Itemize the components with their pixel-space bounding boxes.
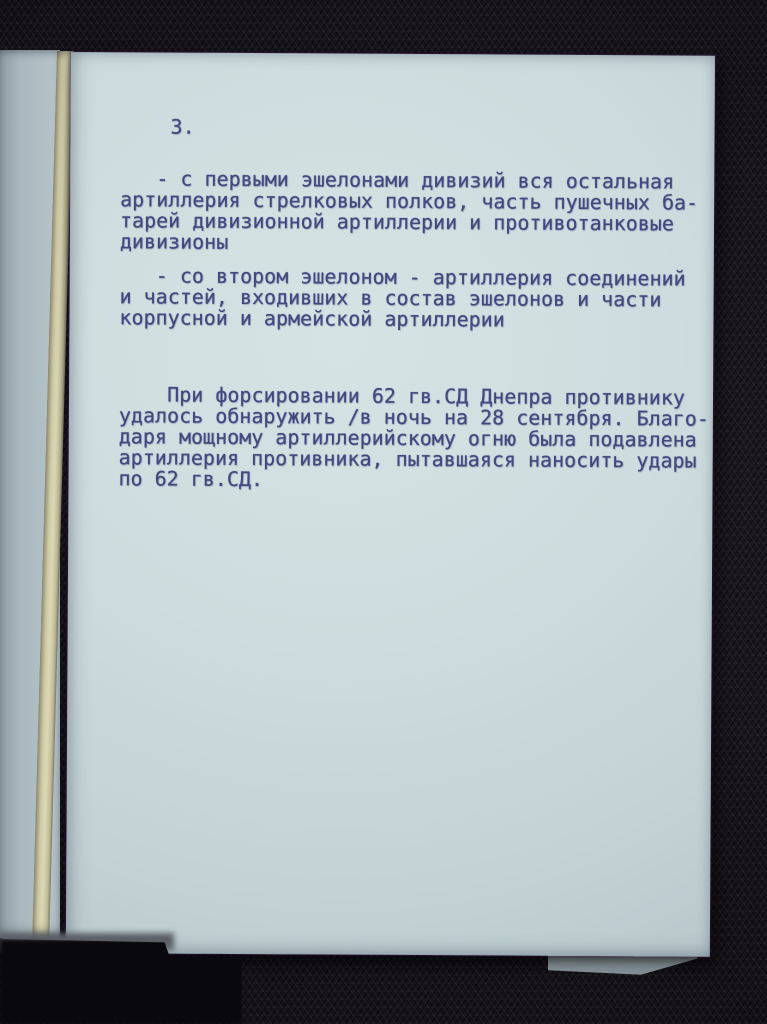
document-page: 3. - с первыми эшелонами дивизий вся ост… [66,52,715,957]
document-photo: 3. - с первыми эшелонами дивизий вся ост… [0,0,767,1024]
page-number: 3. [171,117,195,138]
paragraph-dnepr-crossing: При форсировании 62 гв.СД Днепра противн… [118,384,709,492]
paragraph-first-echelons: - с первыми эшелонами дивизий вся осталь… [120,168,698,255]
paragraph-second-echelon: - со втором эшелоном - артиллерия соедин… [119,265,685,331]
